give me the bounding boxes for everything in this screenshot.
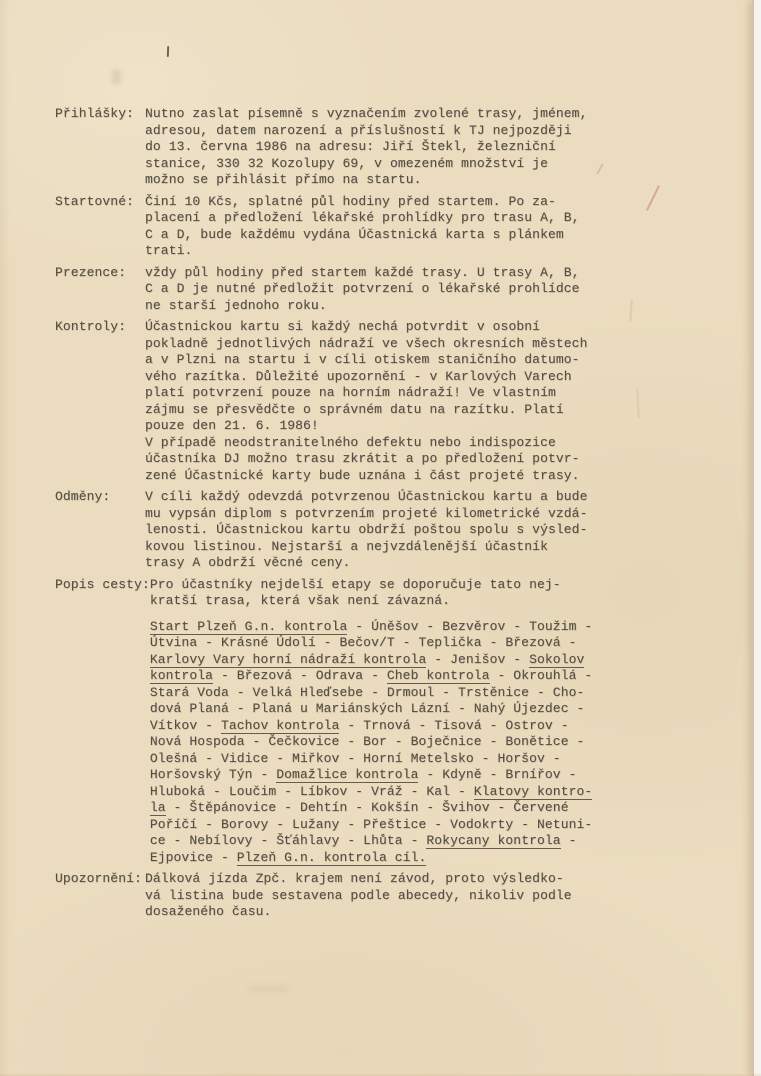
text-line: vého razítka. Důležité upozornění - v Ka…	[145, 369, 630, 386]
route-text: Útvina - Krásné Údolí - Bečov/T - Teplič…	[150, 635, 577, 650]
section-prihlasky: Přihlášky: Nutno zaslat písemně s vyznač…	[55, 106, 737, 189]
section-label: Přihlášky:	[55, 106, 145, 189]
checkpoint-name-underlined: Domažlice kontrola	[276, 767, 418, 783]
text-line: C a D je nutné předložit potvrzení o lék…	[145, 281, 630, 298]
section-text: vždy půl hodiny před startem každé trasy…	[145, 265, 630, 315]
route-text: Ejpovice -	[150, 850, 237, 865]
text-line: Dálková jízda Zpč. krajem není závod, pr…	[145, 871, 630, 888]
checkpoint-name-underlined: Sokolov	[529, 652, 584, 668]
text-line: možno se přihlásit přímo na startu.	[145, 172, 630, 189]
text-line: Vítkov - Tachov kontrola - Trnová - Tiso…	[150, 718, 635, 735]
text-line: Činí 10 Kčs, splatné půl hodiny před sta…	[145, 194, 630, 211]
section-kontroly: Kontroly: Účastnickou kartu si každý nec…	[55, 319, 737, 484]
section-prezence: Prezence: vždy půl hodiny před startem k…	[55, 265, 737, 315]
checkpoint-name-underlined: Cheb kontrola	[387, 668, 490, 684]
text-line: dová Planá - Planá u Mariánských Lázní -…	[150, 701, 635, 718]
text-line: adresou, datem narození a příslušností k…	[145, 123, 630, 140]
section-label: Prezence:	[55, 265, 145, 315]
checkpoint-name-underlined: la	[150, 800, 166, 816]
text-line: Poříčí - Borovy - Lužany - Přeštice - Vo…	[150, 817, 635, 834]
section-text: V cíli každý odevzdá potvrzenou Účastnic…	[145, 489, 630, 572]
section-text: Nutno zaslat písemně s vyznačením zvolen…	[145, 106, 630, 189]
text-line: vá listina bude sestavena podle abecedy,…	[145, 888, 630, 905]
text-line: Ejpovice - Plzeň G.n. kontrola cíl.	[150, 850, 635, 867]
route-text: - Okrouhlá -	[490, 668, 593, 683]
text-line: dosaženého času.	[145, 904, 630, 921]
text-line: Útvina - Krásné Údolí - Bečov/T - Teplič…	[150, 635, 635, 652]
text-line: kovou listinou. Nejstarší a nejvzdáleněj…	[145, 539, 630, 556]
text-line: Horšovský Týn - Domažlice kontrola - Kdy…	[150, 767, 635, 784]
text-line: kontrola - Březová - Odrava - Cheb kontr…	[150, 668, 635, 685]
route-text: - Štěpánovice - Dehtín - Kokšín - Švihov…	[166, 800, 569, 815]
text-line: do 13. června 1986 na adresu: Jiří Štekl…	[145, 139, 630, 156]
text-line: Stará Voda - Velká Hleďsebe - Drmoul - T…	[150, 685, 635, 702]
scanned-document: { "page": { "paper_color": "#ebdcbf", "i…	[0, 0, 761, 1076]
checkpoint-name-underlined: Start Plzeň G.n. kontrola	[150, 619, 348, 635]
route-text: ce - Nebílovy - Šťáhlavy - Lhůta -	[150, 833, 427, 848]
section-text: Účastnickou kartu si každý nechá potvrdi…	[145, 319, 630, 484]
text-line: ce - Nebílovy - Šťáhlavy - Lhůta - Rokyc…	[150, 833, 635, 850]
section-upozorneni: Upozornění: Dálková jízda Zpč. krajem ne…	[55, 871, 737, 921]
text-line: V případě neodstranitelného defektu nebo…	[145, 435, 630, 452]
text-line: zájmu se přesvědčte o správném datu na r…	[145, 402, 630, 419]
text-line: C a D, bude každému vydána Účastnická ka…	[145, 227, 630, 244]
section-label: Odměny:	[55, 489, 145, 572]
text-line: Nová Hospoda - Čečkovice - Bor - Boječni…	[150, 734, 635, 751]
route-description: Start Plzeň G.n. kontrola - Úněšov - Bez…	[150, 619, 635, 867]
route-intro: Pro účastníky nejdelší etapy se doporuču…	[150, 577, 635, 610]
section-startovne: Startovné: Činí 10 Kčs, splatné půl hodi…	[55, 194, 737, 260]
section-odmeny: Odměny: V cíli každý odevzdá potvrzenou …	[55, 489, 737, 572]
section-label: Upozornění:	[55, 871, 145, 921]
text-line: Nutno zaslat písemně s vyznačením zvolen…	[145, 106, 630, 123]
text-line: Pro účastníky nejdelší etapy se doporuču…	[150, 577, 635, 594]
document-page: Přihlášky: Nutno zaslat písemně s vyznač…	[0, 0, 761, 1076]
text-line: mu vypsán diplom s potvrzením projeté ki…	[145, 506, 630, 523]
text-line: vždy půl hodiny před startem každé trasy…	[145, 265, 630, 282]
section-label: Kontroly:	[55, 319, 145, 484]
text-line: zené Účastnické karty bude uznána i část…	[145, 468, 630, 485]
route-text: dová Planá - Planá u Mariánských Lázní -…	[150, 701, 585, 716]
section-label: Popis cesty:	[55, 577, 150, 867]
text-line: Účastnickou kartu si každý nechá potvrdi…	[145, 319, 630, 336]
route-text: Olešná - Vidice - Miřkov - Horní Metelsk…	[150, 751, 561, 766]
route-text: - Trnová - Tisová - Ostrov -	[339, 718, 568, 733]
route-text: - Úněšov - Bezvěrov - Toužim -	[347, 619, 592, 634]
text-line: trati.	[145, 243, 630, 260]
checkpoint-name-underlined: Plzeň G.n. kontrola cíl.	[237, 850, 427, 866]
text-line: pokladně jednotlivých nádraží ve všech o…	[145, 336, 630, 353]
text-line: platí potvrzení pouze na horním nádraží!…	[145, 385, 630, 402]
route-text: - Jenišov -	[426, 652, 529, 667]
checkpoint-name-underlined: Karlovy Vary horní nádraží kontrola	[150, 652, 427, 668]
route-text: -	[561, 833, 577, 848]
text-line: trasy A obdrží věcné ceny.	[145, 555, 630, 572]
section-popis-cesty: Popis cesty: Pro účastníky nejdelší etap…	[55, 577, 737, 867]
route-text: Poříčí - Borovy - Lužany - Přeštice - Vo…	[150, 817, 592, 832]
section-text: Činí 10 Kčs, splatné půl hodiny před sta…	[145, 194, 630, 260]
text-line: pouze den 21. 6. 1986!	[145, 418, 630, 435]
text-line: Start Plzeň G.n. kontrola - Úněšov - Bez…	[150, 619, 635, 636]
section-label: Startovné:	[55, 194, 145, 260]
text-line: ne starší jednoho roku.	[145, 298, 630, 315]
checkpoint-name-underlined: Klatovy kontro-	[474, 784, 593, 800]
text-line: V cíli každý odevzdá potvrzenou Účastnic…	[145, 489, 630, 506]
text-line: placení a předložení lékařské prohlídky …	[145, 210, 630, 227]
route-text: - Březová - Odrava -	[213, 668, 387, 683]
route-text: Nová Hospoda - Čečkovice - Bor - Boječni…	[150, 734, 585, 749]
checkpoint-name-underlined: kontrola	[150, 668, 213, 684]
checkpoint-name-underlined: Rokycany kontrola	[426, 833, 560, 849]
route-text: Horšovský Týn -	[150, 767, 276, 782]
route-text: - Kdyně - Brnířov -	[418, 767, 576, 782]
text-line: účastníka DJ možno trasu zkrátit a po př…	[145, 451, 630, 468]
section-text: Dálková jízda Zpč. krajem není závod, pr…	[145, 871, 630, 921]
route-text: Vítkov -	[150, 718, 221, 733]
text-line: a v Plzni na startu i v cíli otiskem sta…	[145, 352, 630, 369]
text-line: Karlovy Vary horní nádraží kontrola - Je…	[150, 652, 635, 669]
route-text: Hluboká - Loučim - Líbkov - Vráž - Kal -	[150, 784, 474, 799]
text-line: stanice, 330 32 Kozolupy 69, v omezeném …	[145, 156, 630, 173]
checkpoint-name-underlined: Tachov kontrola	[221, 718, 340, 734]
text-line: kratší trasa, která však není závazná.	[150, 593, 635, 610]
text-line: Hluboká - Loučim - Líbkov - Vráž - Kal -…	[150, 784, 635, 801]
text-line: Olešná - Vidice - Miřkov - Horní Metelsk…	[150, 751, 635, 768]
text-line: lenosti. Účastnickou kartu obdrží poštou…	[145, 522, 630, 539]
route-text: Stará Voda - Velká Hleďsebe - Drmoul - T…	[150, 685, 585, 700]
text-line: la - Štěpánovice - Dehtín - Kokšín - Švi…	[150, 800, 635, 817]
section-text: Pro účastníky nejdelší etapy se doporuču…	[150, 577, 635, 867]
